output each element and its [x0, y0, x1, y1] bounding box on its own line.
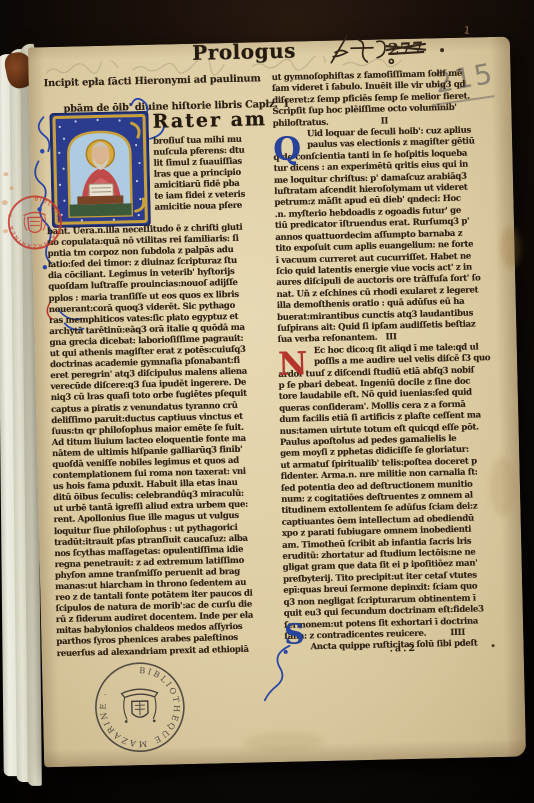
- crossed-out-number: 277: [387, 38, 424, 59]
- text-line: amicitie noua pſere: [154, 201, 245, 214]
- ink-dot: [492, 644, 495, 647]
- manuscript-page: Prologus 277 1 215 Incipit epła ſācti Hi…: [28, 37, 526, 768]
- corner-pencil-mark: 1: [463, 25, 471, 37]
- quire-signature: .a.2: [390, 643, 418, 655]
- section-numeral: III: [385, 333, 396, 343]
- incipit-line1: Incipit epła ſācti Hieronymi ad paulinum: [44, 73, 261, 89]
- section-numeral: II: [381, 116, 389, 126]
- section-numeral: IIII: [450, 628, 465, 638]
- red-library-stamp: BIBLIOTHECA MAZARINEA: [3, 191, 66, 254]
- strike-marks: [383, 36, 430, 61]
- left-column-text: bant. Uera.n.illa neceſſitudo ē z chriſt…: [47, 223, 254, 660]
- initial-Q: Q: [273, 129, 302, 168]
- initial-N: N: [278, 344, 308, 383]
- initial-S: S: [284, 617, 305, 650]
- opening-words: Rater am: [152, 108, 267, 133]
- left-column-narrow-text: broſiuſ tua mihi munuſcula pferens: dtul…: [153, 135, 246, 214]
- photograph-background: Prologus 277 1 215 Incipit epła ſācti Hi…: [0, 0, 534, 803]
- mazarine-library-stamp: BIBLIOTHEQUE MAZARINE ·: [91, 658, 189, 756]
- ink-dot: [440, 48, 444, 52]
